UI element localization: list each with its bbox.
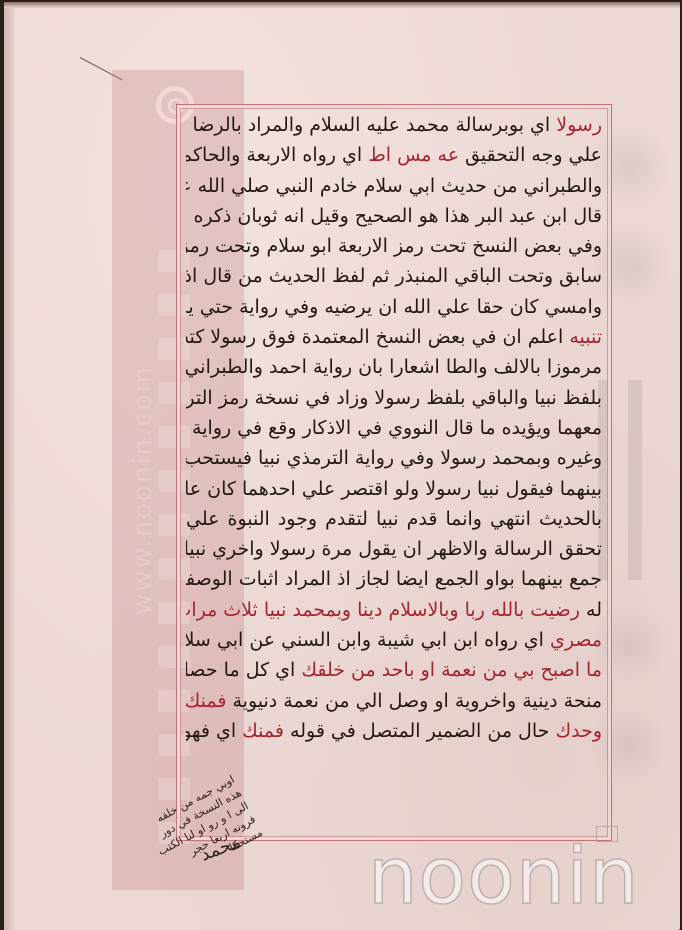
text-line: تنبيه اعلم ان في بعض النسخ المعتمدة فوق … xyxy=(186,322,602,352)
text-line: معهما ويؤيده ما قال النووي في الاذكار وق… xyxy=(186,413,602,443)
text-line: وحدك حال من الضمير المتصل في قوله فمنك ا… xyxy=(186,716,602,746)
text-line: رسولا اي بوبرسالة محمد عليه السلام والمر… xyxy=(186,110,602,140)
line-text: اي رواه ابن ابي شيبة وابن السني عن ابي س… xyxy=(186,629,550,651)
text-line: سابق وتحت الباقي المنبذر ثم لفظ الحديث م… xyxy=(186,261,602,291)
text-line: بالحديث انتهي وانما قدم نبيا لتقدم وجود … xyxy=(186,504,602,534)
text-line: وفي بعض النسخ تحت رمز الاربعة ابو سلام و… xyxy=(186,231,602,261)
line-text: منحة دينية واخروية او وصل الي من نعمة دن… xyxy=(226,690,602,712)
line-text: حال من الضمير المتصل في قوله xyxy=(284,720,555,742)
rubric-word: وحدك xyxy=(555,720,602,742)
rubric-phrase: ما اصبح بي من نعمة او باحد من خلقك xyxy=(301,659,602,681)
text-line: مصري اي رواه ابن ابي شيبة وابن السني عن … xyxy=(186,625,602,655)
rubric-word: عه مس اط xyxy=(368,144,459,166)
page-edge-top xyxy=(4,2,680,8)
text-line: بلفظ نبيا والباقي بلفظ رسولا وزاد في نسخ… xyxy=(186,383,602,413)
text-line: علي وجه التحقيق عه مس اط اي رواه الاربعة… xyxy=(186,140,602,170)
line-text: له xyxy=(580,599,602,621)
text-line: وامسي كان حقا علي الله ان يرضيه وفي رواي… xyxy=(186,292,602,322)
line-text: اي فهو حاصل xyxy=(186,720,242,742)
text-line: مرموزا بالالف والطا اشعارا بان رواية احم… xyxy=(186,352,602,382)
line-text: علي وجه التحقيق xyxy=(459,144,602,166)
watermark-logo-text: noonin xyxy=(368,838,639,916)
rubric-phrase: رضيت بالله ربا وبالاسلام دينا وبمحمد نبي… xyxy=(186,599,580,621)
page-edge-left xyxy=(4,2,14,930)
text-line: والطبراني من حديث ابي سلام خادم النبي صل… xyxy=(186,171,602,201)
rubric-word: فمنك xyxy=(242,720,284,742)
line-text: اي بوبرسالة محمد عليه السلام والمراد بال… xyxy=(186,114,556,136)
line-text: اي رواه الاربعة والحاكم واحمد xyxy=(186,144,368,166)
rubric-word: رسولا xyxy=(556,114,602,136)
text-line: قال ابن عبد البر هذا هو الصحيح وقيل انه … xyxy=(186,201,602,231)
text-line: وغيره وبمحمد رسولا وفي رواية الترمذي نبي… xyxy=(186,443,602,473)
text-line: منحة دينية واخروية او وصل الي من نعمة دن… xyxy=(186,686,602,716)
text-line: تحقق الرسالة والاظهر ان يقول مرة رسولا و… xyxy=(186,534,602,564)
manuscript-text: رسولا اي بوبرسالة محمد عليه السلام والمر… xyxy=(186,110,602,746)
line-text: اعلم ان في بعض النسخ المعتمدة فوق رسولا … xyxy=(186,326,569,348)
text-line: جمع بينهما بواو الجمع ايضا لجاز اذ المرا… xyxy=(186,564,602,594)
watermark-vertical-url: www.noonin.com xyxy=(128,110,168,870)
text-line: له رضيت بالله ربا وبالاسلام دينا وبمحمد … xyxy=(186,595,602,625)
text-line: بينهما فيقول نبيا رسولا ولو اقتصر علي اح… xyxy=(186,474,602,504)
line-text: اي كل ما حصل لي من xyxy=(186,659,301,681)
text-line: ما اصبح بي من نعمة او باحد من خلقك اي كل… xyxy=(186,655,602,685)
rubric-word: فمنك xyxy=(186,690,226,712)
rubric-word: تنبيه xyxy=(569,326,602,348)
rubric-word: مصري xyxy=(550,629,602,651)
